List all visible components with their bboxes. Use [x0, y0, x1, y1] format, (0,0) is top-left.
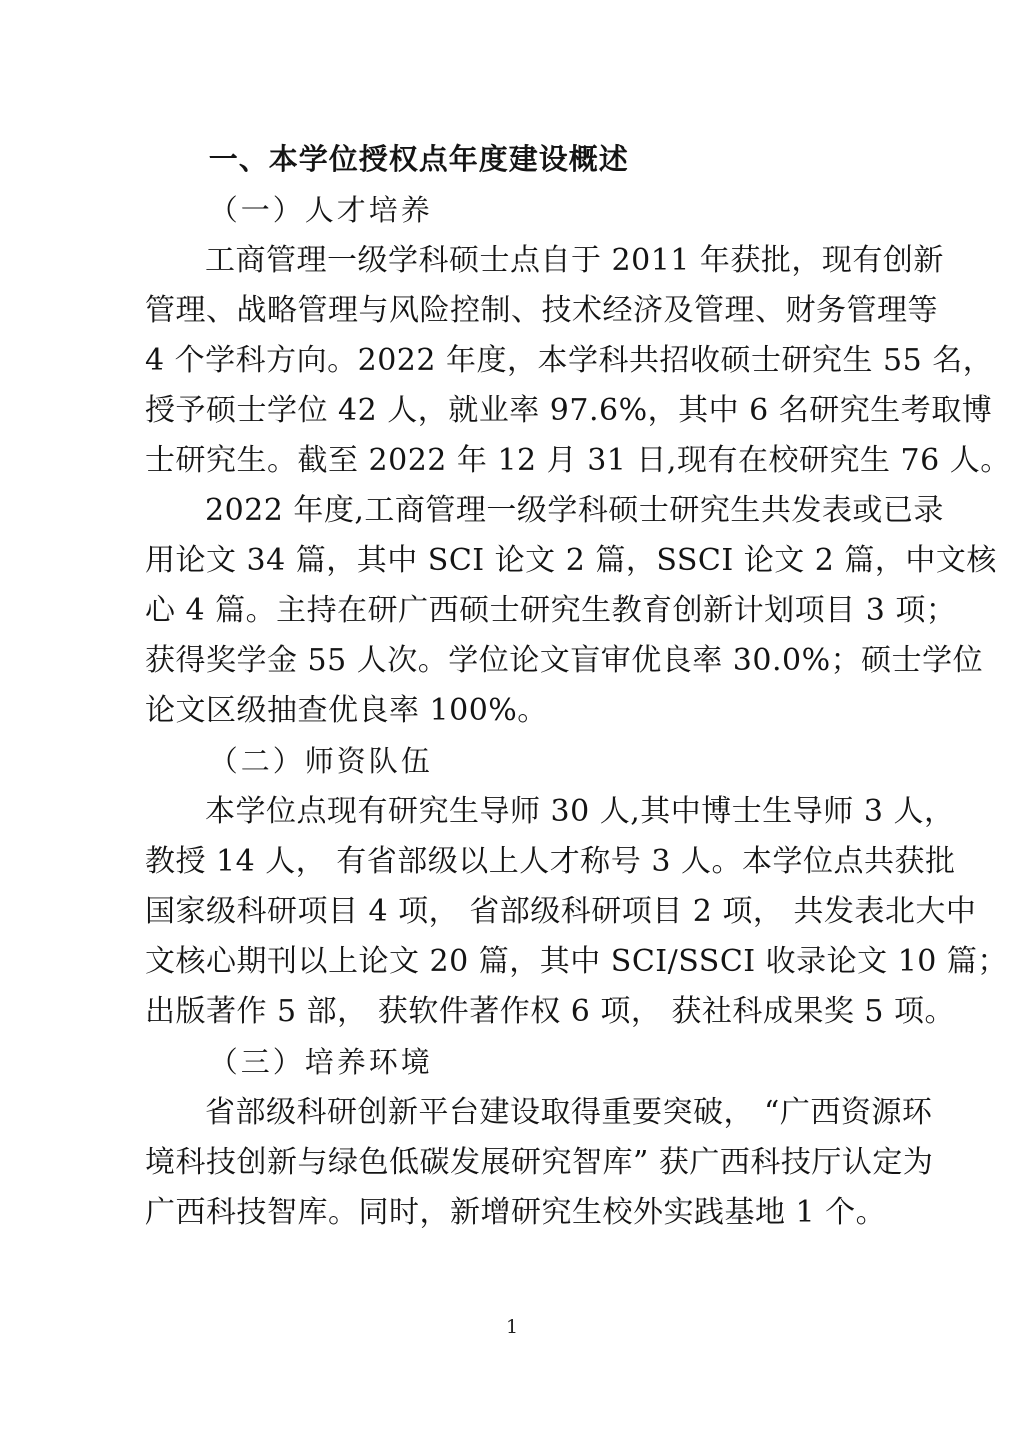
paragraph-line: 管理、战略管理与风险控制、技术经济及管理、财务管理等 [145, 286, 881, 336]
paragraph: 本学位点现有研究生导师 30 人,其中博士生导师 3 人， 教授 14 人， 有… [145, 787, 881, 1037]
page-number: 1 [0, 1312, 1024, 1342]
paragraph-line: 4 个学科方向。2022 年度，本学科共招收硕士研究生 55 名， [145, 336, 881, 386]
paragraph-line: 授予硕士学位 42 人，就业率 97.6%，其中 6 名研究生考取博 [145, 386, 881, 436]
section-heading-faculty: （二）师资队伍 [145, 736, 881, 787]
paragraph-line: 士研究生。截至 2022 年 12 月 31 日,现有在校研究生 76 人。 [145, 436, 881, 486]
document-content: 一、本学位授权点年度建设概述 （一）人才培养 工商管理一级学科硕士点自于 201… [145, 133, 881, 1238]
paragraph-line: 广西科技智库。同时，新增研究生校外实践基地 1 个。 [145, 1188, 881, 1238]
paragraph: 工商管理一级学科硕士点自于 2011 年获批，现有创新 管理、战略管理与风险控制… [145, 236, 881, 486]
paragraph-line: 出版著作 5 部， 获软件著作权 6 项， 获社科成果奖 5 项。 [145, 987, 881, 1037]
section-heading-training-environment: （三）培养环境 [145, 1037, 881, 1088]
paragraph-line: 获得奖学金 55 人次。学位论文盲审优良率 30.0%；硕士学位 [145, 636, 881, 686]
paragraph: 省部级科研创新平台建设取得重要突破， “广西资源环 境科技创新与绿色低碳发展研究… [145, 1088, 881, 1238]
paragraph-line: 工商管理一级学科硕士点自于 2011 年获批，现有创新 [145, 236, 881, 286]
paragraph-line: 用论文 34 篇，其中 SCI 论文 2 篇，SSCI 论文 2 篇，中文核 [145, 536, 881, 586]
paragraph-line: 省部级科研创新平台建设取得重要突破， “广西资源环 [145, 1088, 881, 1138]
paragraph-line: 教授 14 人， 有省部级以上人才称号 3 人。本学位点共获批 [145, 837, 881, 887]
document-title: 一、本学位授权点年度建设概述 [145, 133, 881, 185]
paragraph-line: 心 4 篇。主持在研广西硕士研究生教育创新计划项目 3 项； [145, 586, 881, 636]
paragraph-line: 2022 年度,工商管理一级学科硕士研究生共发表或已录 [145, 486, 881, 536]
paragraph-line: 本学位点现有研究生导师 30 人,其中博士生导师 3 人， [145, 787, 881, 837]
paragraph-line: 论文区级抽查优良率 100%。 [145, 686, 881, 736]
section-heading-talent-training: （一）人才培养 [145, 185, 881, 236]
paragraph-line: 国家级科研项目 4 项， 省部级科研项目 2 项， 共发表北大中 [145, 887, 881, 937]
paragraph-line: 境科技创新与绿色低碳发展研究智库” 获广西科技厅认定为 [145, 1138, 881, 1188]
document-page: 一、本学位授权点年度建设概述 （一）人才培养 工商管理一级学科硕士点自于 201… [0, 0, 1024, 1448]
paragraph: 2022 年度,工商管理一级学科硕士研究生共发表或已录 用论文 34 篇，其中 … [145, 486, 881, 736]
paragraph-line: 文核心期刊以上论文 20 篇，其中 SCI/SSCI 收录论文 10 篇； [145, 937, 881, 987]
